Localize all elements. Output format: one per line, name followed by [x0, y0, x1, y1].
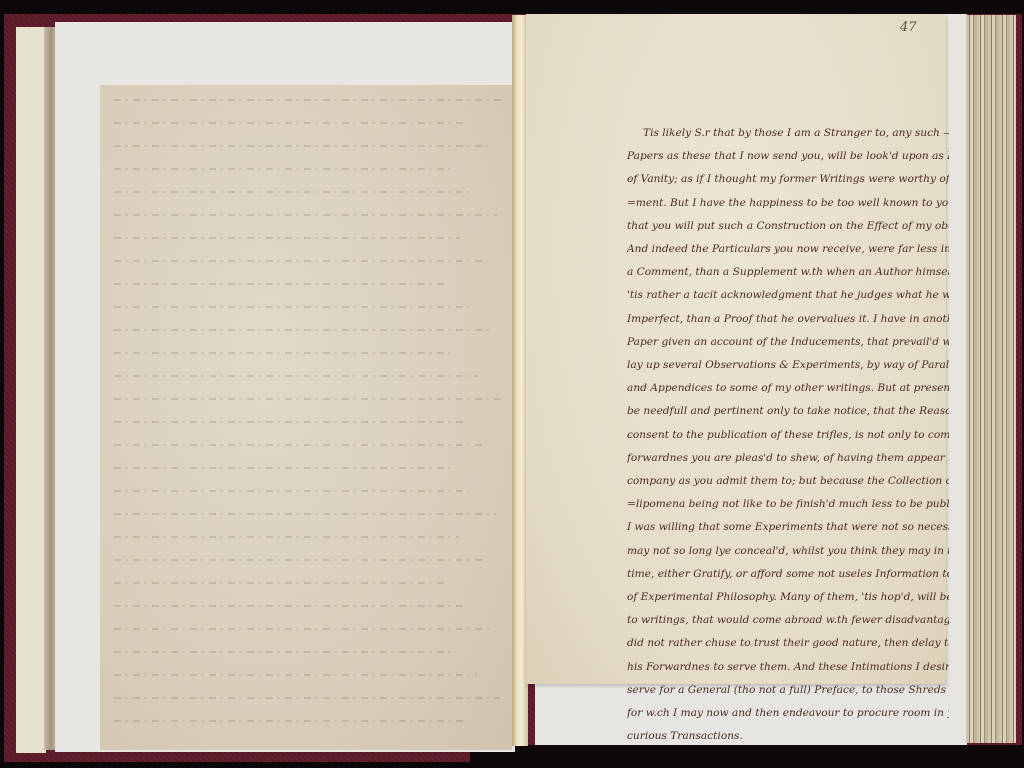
manuscript-line: his Forwardnes to serve them. And these … — [627, 656, 949, 679]
manuscript-line: may not so long lye conceal'd, whilst yo… — [627, 540, 949, 563]
manuscript-line: that you will put such a Construction on… — [627, 215, 949, 238]
manuscript-line: a Comment, than a Supplement w.th when a… — [627, 261, 949, 284]
show-through-line — [114, 191, 474, 193]
manuscript-line: forwardnes you are pleas'd to shew, of h… — [627, 447, 949, 470]
manuscript-text: Tis likely S.r that by those I am a Stra… — [627, 122, 949, 748]
manuscript-line: serve for a General (tho not a full) Pre… — [627, 679, 949, 702]
show-through-line — [114, 674, 477, 676]
right-page-edges — [966, 15, 1016, 743]
manuscript-line: company as you admit them to; but becaus… — [627, 470, 949, 493]
show-through-line — [114, 720, 463, 722]
show-through-line — [114, 444, 487, 446]
show-through-line — [114, 513, 496, 515]
left-flyleaf — [16, 27, 46, 753]
show-through-line — [114, 559, 482, 561]
manuscript-line: Papers as these that I now send you, wil… — [627, 145, 949, 168]
manuscript-line: of Vanity; as if I thought my former Wri… — [627, 168, 949, 191]
manuscript-line: consent to the publication of these trif… — [627, 424, 949, 447]
manuscript-line: =ment. But I have the happiness to be to… — [627, 192, 949, 215]
show-through-line — [114, 352, 455, 354]
manuscript-line: to writings, that would come abroad w.th… — [627, 609, 949, 632]
manuscript-line: time, either Gratify, or afford some not… — [627, 563, 949, 586]
show-through-line — [114, 628, 491, 630]
show-through-line — [114, 145, 488, 147]
manuscript-line: and Appendices to some of my other writi… — [627, 377, 949, 400]
show-through-line — [114, 329, 492, 331]
manuscript-line: of Experimental Philosophy. Many of them… — [627, 586, 949, 609]
show-through-line — [114, 99, 502, 101]
manuscript-line: Paper given an account of the Inducement… — [627, 331, 949, 354]
show-through-line — [114, 421, 464, 423]
show-through-line — [114, 237, 460, 239]
manuscript-line: lay up several Observations & Experiment… — [627, 354, 949, 377]
left-manuscript-leaf — [100, 85, 512, 750]
background-gap — [420, 0, 1024, 14]
show-through-line — [114, 214, 497, 216]
show-through-line — [114, 398, 501, 400]
show-through-line — [114, 306, 469, 308]
manuscript-line: Tis likely S.r that by those I am a Stra… — [627, 122, 949, 145]
show-through-line — [114, 490, 473, 492]
show-through-line — [114, 375, 478, 377]
manuscript-line: 'tis rather a tacit acknowledgment that … — [627, 284, 949, 307]
folio-number: 47 — [900, 20, 917, 35]
show-through-line — [114, 697, 500, 699]
show-through-line — [114, 651, 454, 653]
manuscript-line: for w.ch I may now and then endeavour to… — [627, 702, 949, 725]
manuscript-line: =lipomena being not like to be finish'd … — [627, 493, 949, 516]
show-through-line — [114, 582, 445, 584]
show-through-line — [114, 467, 450, 469]
manuscript-line: be needfull and pertinent only to take n… — [627, 400, 949, 423]
show-through-line — [114, 283, 446, 285]
show-through-line — [114, 122, 465, 124]
show-through-line — [114, 260, 483, 262]
manuscript-line: And indeed the Particulars you now recei… — [627, 238, 949, 261]
show-through-line — [114, 605, 468, 607]
show-through-line — [114, 168, 451, 170]
manuscript-line: curious Transactions. — [627, 725, 949, 748]
show-through-line — [114, 536, 459, 538]
manuscript-line: Imperfect, than a Proof that he overvalu… — [627, 308, 949, 331]
manuscript-line: did not rather chuse to trust their good… — [627, 632, 949, 655]
manuscript-line: I was willing that some Experiments that… — [627, 516, 949, 539]
